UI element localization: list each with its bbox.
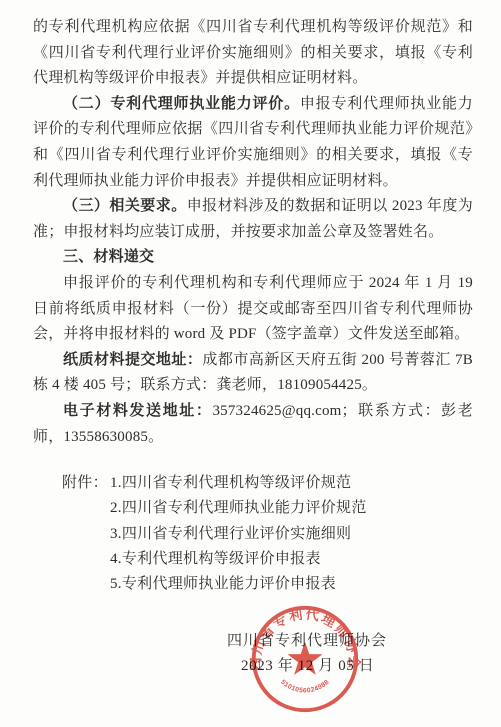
attachment-item: 2.四川省专利代理师执业能力评价规范 xyxy=(110,496,367,521)
paragraph-lead-bold: （三）相关要求。 xyxy=(63,198,187,214)
seal-serial-number: 5101056024988 xyxy=(279,679,331,695)
attachment-item: 4.专利代理机构等级评价申报表 xyxy=(110,547,367,572)
signature-organization: 四川省专利代理师协会 xyxy=(227,629,387,650)
section-heading-material-submission: 三、材料递交 xyxy=(33,245,473,271)
document-body: 的专利代理机构应依据《四川省专利代理机构等级评价规范》和《四川省专利代理行业评价… xyxy=(33,15,473,450)
paragraph-agent-evaluation: （二）专利代理师执业能力评价。申报专利代理师执业能力评价的专利代理师应依据《四川… xyxy=(33,92,473,194)
paragraph-lead-bold: （二）专利代理师执业能力评价。 xyxy=(63,96,300,112)
signature-date: 2023 年 12 月 05 日 xyxy=(241,654,374,675)
paragraph-paper-address: 纸质材料提交地址：成都市高新区天府五街 200 号菁蓉汇 7B 栋 4 楼 40… xyxy=(33,348,473,399)
paragraph-lead-bold: 纸质材料提交地址： xyxy=(63,352,202,368)
attachments-label: 附件： xyxy=(62,471,110,496)
paragraph-lead-bold: 电子材料发送地址： xyxy=(63,403,212,419)
paragraph-email-address: 电子材料发送地址：357324625@qq.com；联系方式：彭老师，13558… xyxy=(33,399,473,450)
document-page: 的专利代理机构应依据《四川省专利代理机构等级评价规范》和《四川省专利代理行业评价… xyxy=(0,0,501,727)
attachments-list: 1.四川省专利代理机构等级评价规范 2.四川省专利代理师执业能力评价规范 3.四… xyxy=(110,471,367,597)
attachments-block: 附件： 1.四川省专利代理机构等级评价规范 2.四川省专利代理师执业能力评价规范… xyxy=(62,471,367,597)
attachment-item: 1.四川省专利代理机构等级评价规范 xyxy=(110,471,367,496)
paragraph-submission-deadline: 申报评价的专利代理机构和专利代理师应于 2024 年 1 月 19 日前将纸质申… xyxy=(33,271,473,348)
attachment-item: 5.专利代理师执业能力评价申报表 xyxy=(110,572,367,597)
paragraph-continuation: 的专利代理机构应依据《四川省专利代理机构等级评价规范》和《四川省专利代理行业评价… xyxy=(33,15,473,92)
attachment-item: 3.四川省专利代理行业评价实施细则 xyxy=(110,522,367,547)
paragraph-requirements: （三）相关要求。申报材料涉及的数据和证明以 2023 年度为准；申报材料均应装订… xyxy=(33,194,473,245)
